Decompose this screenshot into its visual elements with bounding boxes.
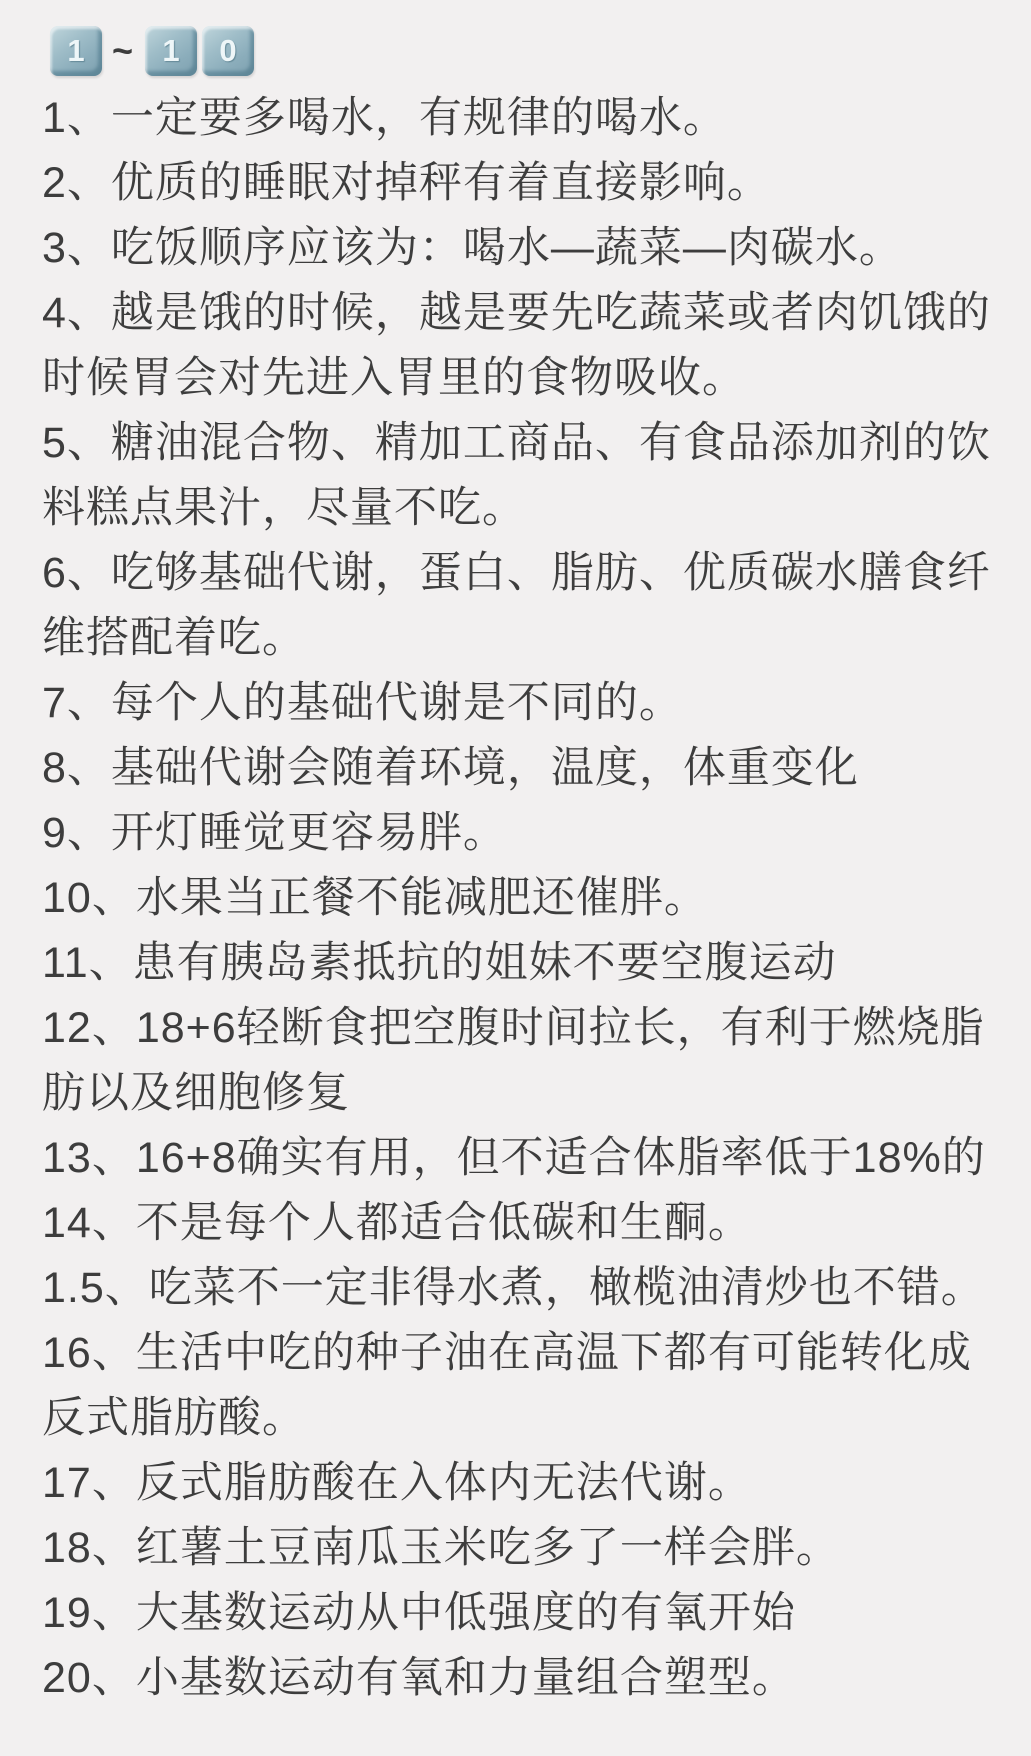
tip-line-9: 9、开灯睡觉更容易胖。 <box>42 801 1031 866</box>
keycap-10-digit-1-icon: 1 <box>145 26 197 76</box>
tip-line-8: 8、基础代谢会随着环境，温度，体重变化 <box>42 736 1031 801</box>
tip-line-14: 14、不是每个人都适合低碳和生酮。 <box>42 1191 1031 1256</box>
tip-line-4: 4、越是饿的时候，越是要先吃蔬菜或者肉饥饿的 <box>42 281 1031 346</box>
tilde-separator: ~ <box>112 26 133 76</box>
tip-line-7: 7、每个人的基础代谢是不同的。 <box>42 671 1031 736</box>
keycap-1-icon: 1 <box>50 26 102 76</box>
tip-line-11: 11、患有胰岛素抵抗的姐妹不要空腹运动 <box>42 931 1031 996</box>
tip-line-16: 16、生活中吃的种子油在高温下都有可能转化成 <box>42 1321 1031 1386</box>
tip-line-5: 5、糖油混合物、精加工商品、有食品添加剂的饮 <box>42 411 1031 476</box>
tip-line-2: 2、优质的睡眠对掉秤有着直接影响。 <box>42 151 1031 216</box>
tips-list: 1、一定要多喝水，有规律的喝水。 2、优质的睡眠对掉秤有着直接影响。 3、吃饭顺… <box>42 86 1031 1711</box>
tip-line-18: 18、红薯土豆南瓜玉米吃多了一样会胖。 <box>42 1516 1031 1581</box>
tip-line-3: 3、吃饭顺序应该为：喝水—蔬菜—肉碳水。 <box>42 216 1031 281</box>
range-header: 1 ~ 1 0 <box>50 25 1031 77</box>
tip-line-12: 12、18+6轻断食把空腹时间拉长，有利于燃烧脂 <box>42 996 1031 1061</box>
tip-line-6-wrap: 维搭配着吃。 <box>42 606 1031 671</box>
tip-line-12-wrap: 肪以及细胞修复 <box>42 1061 1031 1126</box>
keycap-10-digit-0-icon: 0 <box>202 26 254 76</box>
tip-line-16-wrap: 反式脂肪酸。 <box>42 1386 1031 1451</box>
tip-line-19: 19、大基数运动从中低强度的有氧开始 <box>42 1581 1031 1646</box>
tip-line-4-wrap: 时候胃会对先进入胃里的食物吸收。 <box>42 346 1031 411</box>
tip-line-15: 1.5、吃菜不一定非得水煮，橄榄油清炒也不错。 <box>42 1256 1031 1321</box>
tip-line-10: 10、水果当正餐不能减肥还催胖。 <box>42 866 1031 931</box>
note-page: 1 ~ 1 0 1、一定要多喝水，有规律的喝水。 2、优质的睡眠对掉秤有着直接影… <box>0 0 1031 1756</box>
tip-line-5-wrap: 料糕点果汁，尽量不吃。 <box>42 476 1031 541</box>
tip-line-20: 20、小基数运动有氧和力量组合塑型。 <box>42 1646 1031 1711</box>
tip-line-13: 13、16+8确实有用，但不适合体脂率低于18%的 <box>42 1126 1031 1191</box>
tip-line-1: 1、一定要多喝水，有规律的喝水。 <box>42 86 1031 151</box>
tip-line-6: 6、吃够基础代谢，蛋白、脂肪、优质碳水膳食纤 <box>42 541 1031 606</box>
tip-line-17: 17、反式脂肪酸在入体内无法代谢。 <box>42 1451 1031 1516</box>
